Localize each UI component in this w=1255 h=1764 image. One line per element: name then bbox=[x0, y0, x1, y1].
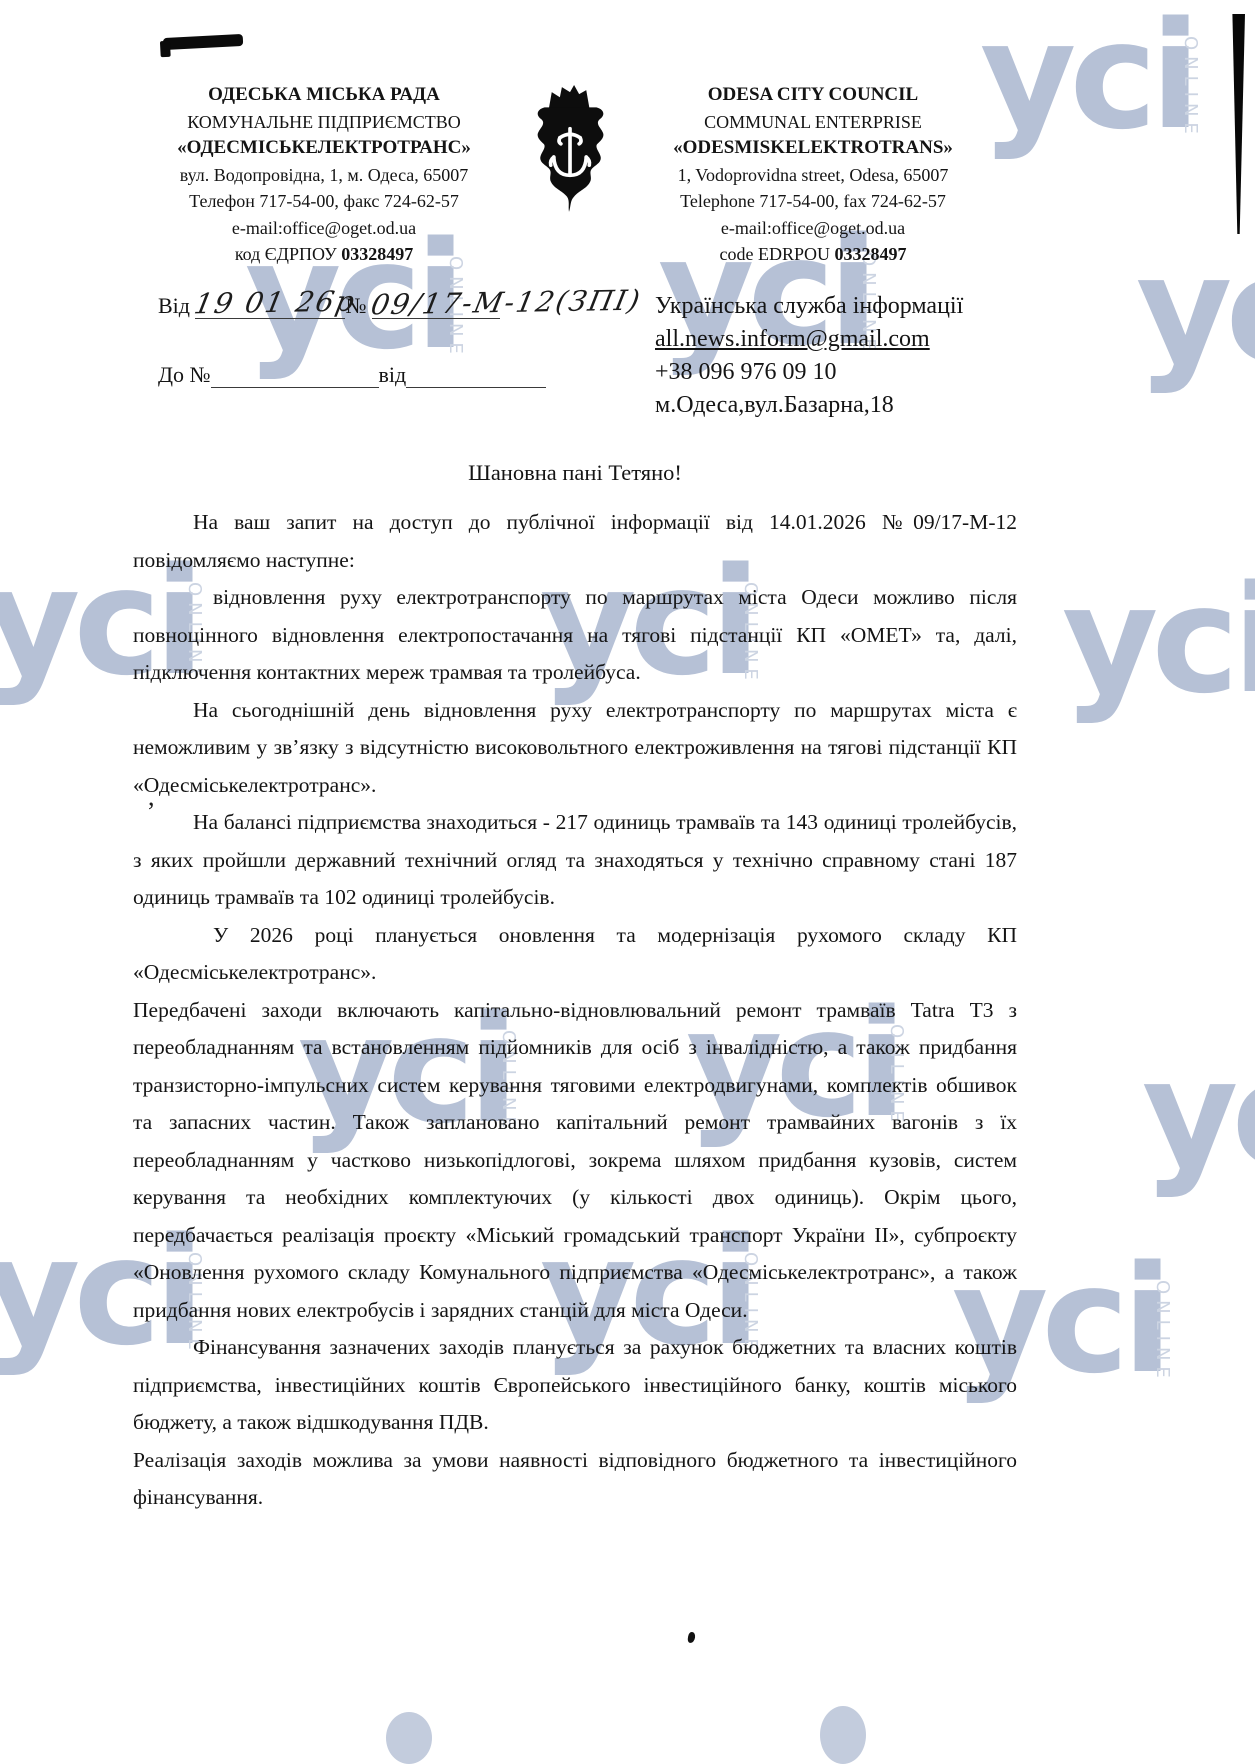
watermark-usi-online-logo: усіONLINE bbox=[1142, 1040, 1255, 1188]
org-brand-ua: «ОДЕСМІСЬКЕЛЕКТРОТРАНС» bbox=[150, 135, 498, 162]
body-paragraph: Фінансування зазначених заходів плануєть… bbox=[133, 1329, 1017, 1442]
handwritten-date: 19 01 26р bbox=[192, 285, 360, 321]
watermark-usi-online-logo: усіONLINE bbox=[980, 2, 1201, 150]
recipient-phone: +38 096 976 09 10 bbox=[655, 356, 963, 389]
body-paragraph: На сьогоднішній день відновлення руху ел… bbox=[133, 692, 1017, 805]
handwritten-number: 09/17-М-12(ЗПІ) bbox=[368, 284, 644, 322]
watermark-text: усі bbox=[980, 2, 1194, 150]
scan-comma-artifact: , bbox=[148, 782, 155, 812]
letter-body: На ваш запит на доступ до публічної інфо… bbox=[133, 504, 1017, 1517]
body-paragraph: відновлення руху електротранспорту по ма… bbox=[133, 579, 1017, 692]
recipient-block: Українська служба інформації all.news.in… bbox=[655, 290, 963, 422]
emblem-container bbox=[498, 82, 640, 268]
watermark-text: усі bbox=[1062, 566, 1255, 714]
body-paragraph: Передбачені заходи включають капітально-… bbox=[133, 992, 1017, 1330]
letterhead: ОДЕСЬКА МІСЬКА РАДА КОМУНАЛЬНЕ ПІДПРИЄМС… bbox=[150, 82, 978, 268]
watermark-text: усі bbox=[1136, 236, 1255, 384]
watermark-partial-dot bbox=[386, 1712, 432, 1764]
outgoing-reference-line: Від 19 01 26р№ 09/17-М-12(ЗПІ) bbox=[158, 288, 500, 319]
body-paragraph: На ваш запит на доступ до публічної інфо… bbox=[133, 504, 1017, 579]
scanned-letter-page: усіONLINE усіONLINE усіONLINE усіONLINE … bbox=[0, 0, 1255, 1764]
to-number-label: До № bbox=[158, 362, 211, 387]
watermark-online-label: ONLINE bbox=[1152, 1280, 1173, 1384]
org-address-en: 1, Vodoprovidna street, Odesa, 65007 bbox=[648, 162, 978, 189]
org-edrpou-en: code EDRPOU 03328497 bbox=[648, 241, 978, 268]
watermark-usi-online-logo: усіONLINE bbox=[1062, 566, 1255, 714]
edrpou-code-en: 03328497 bbox=[835, 244, 907, 264]
watermark-online-label: ONLINE bbox=[1180, 36, 1201, 140]
body-paragraph: У 2026 році планується оновлення та моде… bbox=[133, 917, 1017, 992]
odesa-coat-of-arms-icon bbox=[528, 82, 610, 224]
org-edrpou-ua: код ЄДРПОУ 03328497 bbox=[150, 241, 498, 268]
watermark-text: усі bbox=[1142, 1040, 1255, 1188]
org-brand-en: «ODESMISKELEKTROTRANS» bbox=[648, 135, 978, 162]
org-name-en: ODESA CITY COUNCIL bbox=[648, 82, 978, 109]
org-phone-ua: Телефон 717-54-00, факс 724-62-57 bbox=[150, 188, 498, 215]
scan-ink-smudge bbox=[163, 34, 244, 50]
incoming-reference-line: До №від bbox=[158, 362, 546, 388]
org-email-ua: e-mail:office@oget.od.ua bbox=[150, 215, 498, 242]
edrpou-code-ua: 03328497 bbox=[341, 244, 413, 264]
to-date-underline bbox=[406, 363, 546, 388]
date-underline: 19 01 26р bbox=[195, 288, 345, 319]
from-label: Від bbox=[158, 293, 190, 318]
org-type-ua: КОМУНАЛЬНЕ ПІДПРИЄМСТВО bbox=[150, 109, 498, 136]
body-paragraph: Реалізація заходів можлива за умови наяв… bbox=[133, 1442, 1017, 1517]
body-paragraph: На балансі підприємства знаходиться - 21… bbox=[133, 804, 1017, 917]
scan-edge-line-artifact bbox=[1231, 14, 1245, 234]
salutation: Шановна пані Тетяно! bbox=[133, 460, 1017, 486]
org-phone-en: Telephone 717-54-00, fax 724-62-57 bbox=[648, 188, 978, 215]
scan-ink-dot bbox=[687, 1632, 695, 1644]
recipient-email: all.news.inform@gmail.com bbox=[655, 323, 963, 356]
watermark-usi-online-logo: усіONLINE bbox=[1136, 236, 1255, 384]
watermark-partial-dot bbox=[820, 1706, 866, 1764]
org-type-en: COMMUNAL ENTERPRISE bbox=[648, 109, 978, 136]
org-header-english: ODESA CITY COUNCIL COMMUNAL ENTERPRISE «… bbox=[648, 82, 978, 268]
recipient-address: м.Одеса,вул.Базарна,18 bbox=[655, 389, 963, 422]
org-address-ua: вул. Водопровідна, 1, м. Одеса, 65007 bbox=[150, 162, 498, 189]
org-name-ua: ОДЕСЬКА МІСЬКА РАДА bbox=[150, 82, 498, 109]
number-underline: 09/17-М-12(ЗПІ) bbox=[372, 288, 500, 319]
edrpou-label-ua: код ЄДРПОУ bbox=[235, 244, 341, 264]
recipient-org-name: Українська служба інформації bbox=[655, 290, 963, 323]
org-email-en: e-mail:office@oget.od.ua bbox=[648, 215, 978, 242]
edrpou-label-en: code EDRPOU bbox=[720, 244, 835, 264]
to-from-label: від bbox=[379, 362, 407, 387]
to-number-underline bbox=[211, 363, 379, 388]
org-header-ukrainian: ОДЕСЬКА МІСЬКА РАДА КОМУНАЛЬНЕ ПІДПРИЄМС… bbox=[150, 82, 498, 268]
